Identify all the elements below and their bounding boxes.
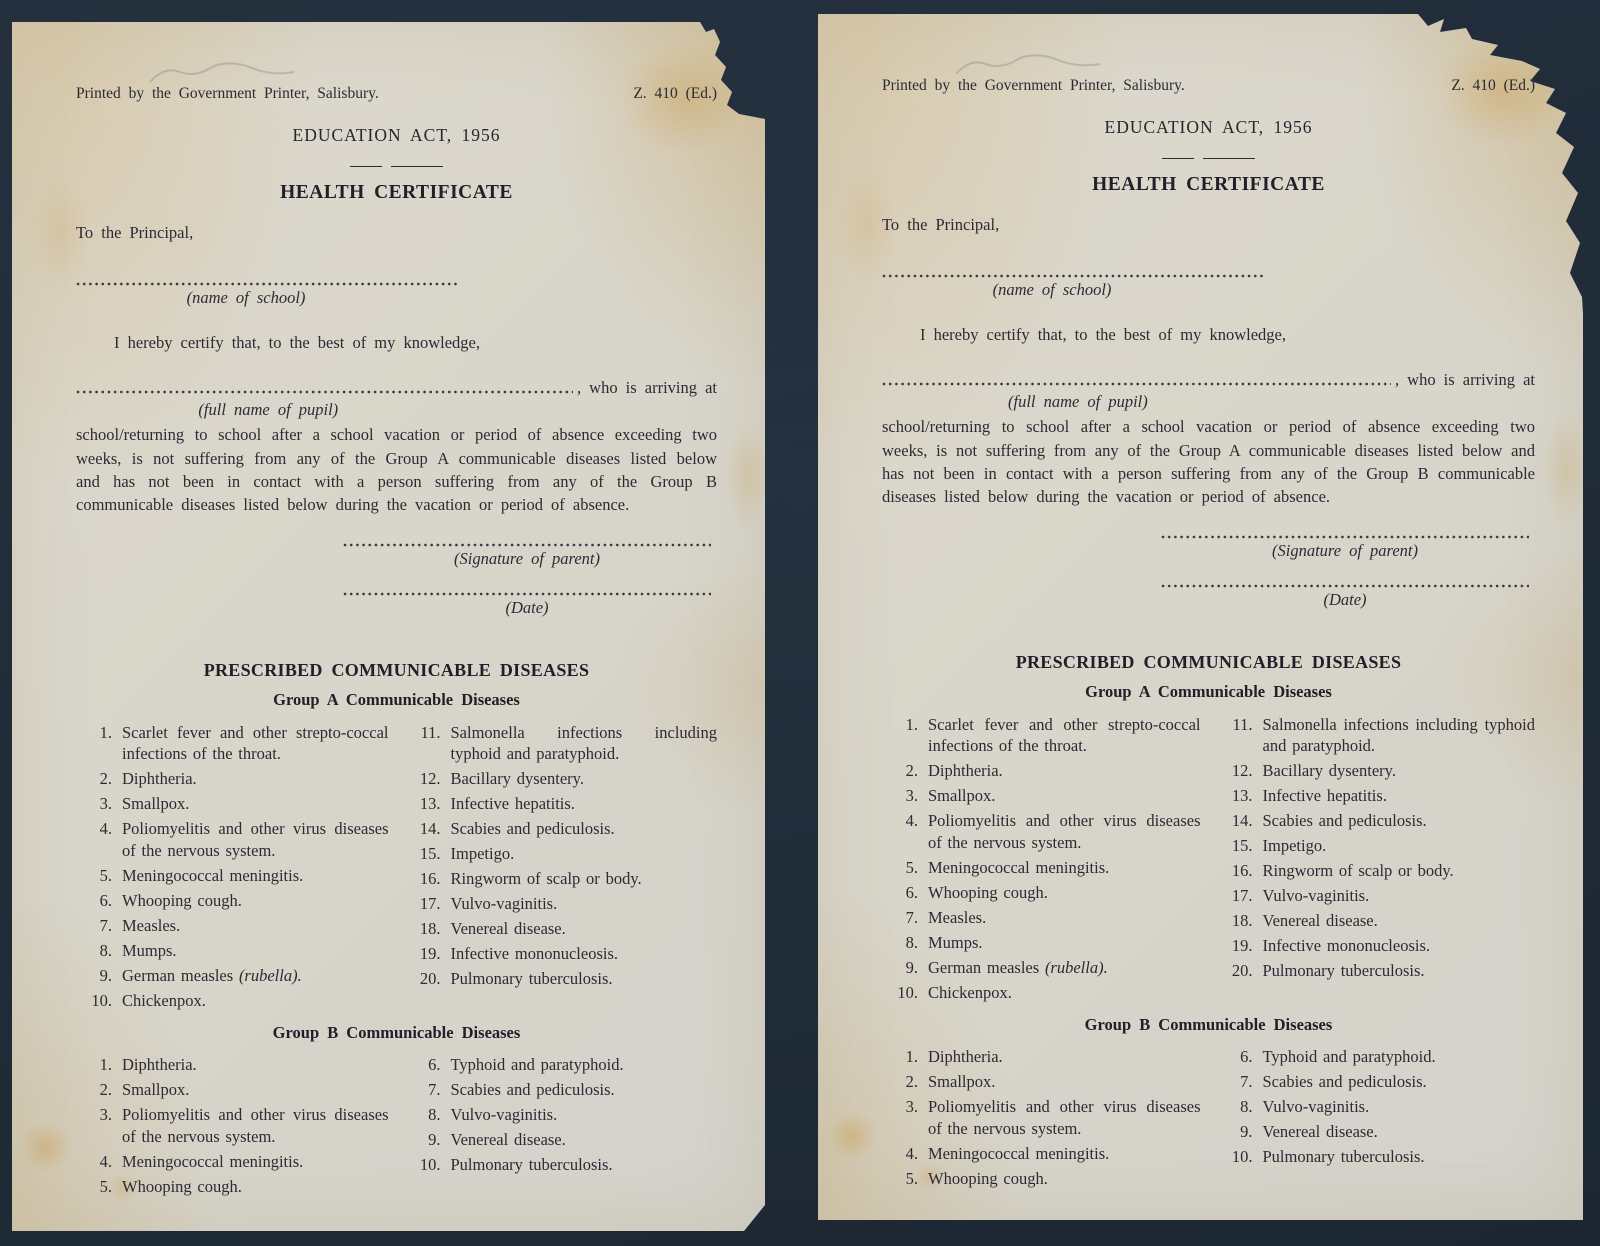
disease-number: 14. <box>405 818 451 840</box>
disease-name: Vulvo-vaginitis. <box>1263 1096 1536 1118</box>
disease-name: Vulvo-vaginitis. <box>451 893 718 915</box>
group-b-left-column: 1.Diphtheria.2.Smallpox.3.Poliomyelitis … <box>76 1054 389 1201</box>
disease-number: 10. <box>1217 1146 1263 1168</box>
disease-name: Salmonella infections including typhoid … <box>451 722 718 766</box>
disease-item: 17.Vulvo-vaginitis. <box>405 893 718 915</box>
disease-number: 2. <box>76 768 122 790</box>
disease-item: 18.Venereal disease. <box>1217 910 1536 932</box>
disease-item: 4.Poliomyelitis and other virus diseases… <box>76 818 389 862</box>
disease-number: 3. <box>882 1096 928 1140</box>
disease-number: 19. <box>1217 935 1263 957</box>
pupil-name-field <box>76 390 573 394</box>
pupil-caption: (full name of pupil) <box>882 391 1274 412</box>
disease-name: Pulmonary tuberculosis. <box>1263 960 1536 982</box>
disease-number: 8. <box>1217 1096 1263 1118</box>
top-imprint-row: Printed by the Government Printer, Salis… <box>882 76 1535 96</box>
disease-item: 10.Pulmonary tuberculosis. <box>405 1154 718 1176</box>
disease-number: 14. <box>1217 810 1263 832</box>
top-imprint-row: Printed by the Government Printer, Salis… <box>76 84 717 104</box>
disease-number: 9. <box>1217 1121 1263 1143</box>
disease-number: 6. <box>882 882 928 904</box>
disease-name: Mumps. <box>928 932 1201 954</box>
disease-item: 6.Whooping cough. <box>76 890 389 912</box>
disease-name: Bacillary dysentery. <box>1263 760 1536 782</box>
disease-item: 13.Infective hepatitis. <box>1217 785 1536 807</box>
group-b-columns: 1.Diphtheria.2.Smallpox.3.Poliomyelitis … <box>76 1054 717 1201</box>
disease-item: 1.Diphtheria. <box>882 1046 1201 1068</box>
pupil-name-field <box>882 382 1391 386</box>
disease-name: Venereal disease. <box>451 1129 718 1151</box>
disease-name: German measles (rubella). <box>928 957 1201 979</box>
disease-number: 15. <box>1217 835 1263 857</box>
disease-item: 3.Poliomyelitis and other virus diseases… <box>882 1096 1201 1140</box>
disease-number: 5. <box>76 1176 122 1198</box>
document-title: HEALTH CERTIFICATE <box>882 172 1535 197</box>
disease-name: Pulmonary tuberculosis. <box>451 1154 718 1176</box>
disease-number: 15. <box>405 843 451 865</box>
disease-number: 7. <box>882 907 928 929</box>
disease-item: 4.Meningococcal meningitis. <box>76 1151 389 1173</box>
disease-number: 5. <box>76 865 122 887</box>
disease-name: Chickenpox. <box>928 982 1201 1004</box>
form-code: Z. 410 (Ed.) <box>1451 76 1535 96</box>
divider-rule <box>882 158 1535 159</box>
group-a-left-column: 1.Scarlet fever and other strepto-coccal… <box>882 714 1201 1007</box>
disease-number: 12. <box>405 768 451 790</box>
disease-item: 1.Scarlet fever and other strepto-coccal… <box>76 722 389 766</box>
disease-item: 4.Meningococcal meningitis. <box>882 1143 1201 1165</box>
disease-item: 20.Pulmonary tuberculosis. <box>405 968 718 990</box>
disease-number: 8. <box>882 932 928 954</box>
disease-number: 16. <box>1217 860 1263 882</box>
disease-number: 13. <box>405 793 451 815</box>
date-block: (Date) <box>343 592 711 618</box>
disease-name: Scarlet fever and other strepto-coccal i… <box>928 714 1201 758</box>
date-field <box>343 592 711 596</box>
disease-name: Infective mononucleosis. <box>451 943 718 965</box>
disease-name: Poliomyelitis and other virus diseases o… <box>122 818 389 862</box>
disease-item: 5.Whooping cough. <box>882 1168 1201 1190</box>
group-a-title: Group A Communicable Diseases <box>882 681 1535 702</box>
disease-name: German measles (rubella). <box>122 965 389 987</box>
disease-item: 2.Smallpox. <box>76 1079 389 1101</box>
disease-name: Measles. <box>928 907 1201 929</box>
disease-name: Whooping cough. <box>122 890 389 912</box>
disease-item: 19.Infective mononucleosis. <box>405 943 718 965</box>
printer-imprint: Printed by the Government Printer, Salis… <box>76 84 379 104</box>
disease-name: Meningococcal meningitis. <box>928 857 1201 879</box>
disease-number: 1. <box>882 1046 928 1068</box>
disease-number: 3. <box>76 793 122 815</box>
disease-item: 7.Scabies and pediculosis. <box>1217 1071 1536 1093</box>
disease-item: 1.Scarlet fever and other strepto-coccal… <box>882 714 1201 758</box>
disease-name: Mumps. <box>122 940 389 962</box>
certify-intro: I hereby certify that, to the best of my… <box>882 324 1535 345</box>
disease-name: Meningococcal meningitis. <box>122 865 389 887</box>
signature-caption: (Signature of parent) <box>1161 540 1529 561</box>
disease-item: 10.Chickenpox. <box>76 990 389 1012</box>
diseases-list-title: PRESCRIBED COMMUNICABLE DISEASES <box>76 659 717 682</box>
disease-item: 12.Bacillary dysentery. <box>1217 760 1536 782</box>
disease-number: 20. <box>1217 960 1263 982</box>
disease-name: Ringworm of scalp or body. <box>1263 860 1536 882</box>
disease-number: 11. <box>1217 714 1263 758</box>
document-title: HEALTH CERTIFICATE <box>76 180 717 205</box>
disease-item: 8.Mumps. <box>882 932 1201 954</box>
disease-number: 1. <box>76 722 122 766</box>
disease-number: 10. <box>405 1154 451 1176</box>
school-caption: (name of school) <box>882 279 1222 300</box>
pupil-caption: (full name of pupil) <box>76 399 461 420</box>
disease-item: 20.Pulmonary tuberculosis. <box>1217 960 1536 982</box>
disease-item: 17.Vulvo-vaginitis. <box>1217 885 1536 907</box>
disease-item: 2.Diphtheria. <box>76 768 389 790</box>
disease-name: Smallpox. <box>122 1079 389 1101</box>
school-name-block: (name of school) <box>76 282 460 308</box>
signature-field <box>343 543 711 547</box>
disease-name: Poliomyelitis and other virus diseases o… <box>928 810 1201 854</box>
disease-name: Smallpox. <box>928 785 1201 807</box>
disease-item: 15.Impetigo. <box>1217 835 1536 857</box>
group-b-right-column: 6.Typhoid and paratyphoid.7.Scabies and … <box>389 1054 718 1201</box>
act-heading: EDUCATION ACT, 1956 <box>76 124 717 147</box>
disease-number: 2. <box>882 1071 928 1093</box>
disease-item: 2.Smallpox. <box>882 1071 1201 1093</box>
disease-item: 9.German measles (rubella). <box>76 965 389 987</box>
pupil-name-row: , who is arriving at <box>882 369 1535 390</box>
disease-name: Smallpox. <box>928 1071 1201 1093</box>
disease-number: 8. <box>405 1104 451 1126</box>
disease-name: Whooping cough. <box>928 882 1201 904</box>
signature-block: (Signature of parent) <box>343 543 711 569</box>
disease-name: Typhoid and paratyphoid. <box>451 1054 718 1076</box>
disease-name: Scabies and pediculosis. <box>1263 810 1536 832</box>
disease-number: 9. <box>882 957 928 979</box>
disease-number: 18. <box>405 918 451 940</box>
disease-item: 6.Typhoid and paratyphoid. <box>405 1054 718 1076</box>
disease-name: Diphtheria. <box>928 760 1201 782</box>
divider-rule <box>76 166 717 167</box>
group-a-right-column: 11.Salmonella infections including typho… <box>1201 714 1536 1007</box>
disease-number: 3. <box>76 1104 122 1148</box>
disease-number: 8. <box>76 940 122 962</box>
disease-item: 14.Scabies and pediculosis. <box>1217 810 1536 832</box>
disease-number: 10. <box>76 990 122 1012</box>
disease-name: Infective hepatitis. <box>451 793 718 815</box>
disease-name: Vulvo-vaginitis. <box>1263 885 1536 907</box>
disease-name: Poliomyelitis and other virus diseases o… <box>928 1096 1201 1140</box>
disease-number: 20. <box>405 968 451 990</box>
school-name-block: (name of school) <box>882 274 1266 300</box>
date-block: (Date) <box>1161 584 1529 610</box>
disease-item: 6.Typhoid and paratyphoid. <box>1217 1046 1536 1068</box>
disease-number: 12. <box>1217 760 1263 782</box>
disease-name: Scabies and pediculosis. <box>451 1079 718 1101</box>
disease-name: Impetigo. <box>451 843 718 865</box>
disease-item: 7.Measles. <box>882 907 1201 929</box>
disease-item: 15.Impetigo. <box>405 843 718 865</box>
disease-item: 8.Vulvo-vaginitis. <box>405 1104 718 1126</box>
disease-name: Venereal disease. <box>451 918 718 940</box>
health-certificate-page-2: Printed by the Government Printer, Salis… <box>818 14 1583 1220</box>
disease-number: 2. <box>882 760 928 782</box>
salutation: To the Principal, <box>76 222 717 243</box>
disease-item: 16.Ringworm of scalp or body. <box>1217 860 1536 882</box>
arrival-suffix: , who is arriving at <box>573 377 717 398</box>
disease-item: 9.German measles (rubella). <box>882 957 1201 979</box>
disease-number: 1. <box>76 1054 122 1076</box>
group-b-title: Group B Communicable Diseases <box>882 1014 1535 1035</box>
disease-name: Pulmonary tuberculosis. <box>1263 1146 1536 1168</box>
disease-name: Scabies and pediculosis. <box>1263 1071 1536 1093</box>
disease-item: 13.Infective hepatitis. <box>405 793 718 815</box>
disease-item: 2.Diphtheria. <box>882 760 1201 782</box>
disease-item: 12.Bacillary dysentery. <box>405 768 718 790</box>
disease-name: Smallpox. <box>122 793 389 815</box>
disease-number: 6. <box>76 890 122 912</box>
disease-name: Infective mononucleosis. <box>1263 935 1536 957</box>
disease-item: 19.Infective mononucleosis. <box>1217 935 1536 957</box>
certificate-body: school/returning to school after a schoo… <box>76 423 717 515</box>
disease-number: 10. <box>882 982 928 1004</box>
disease-item: 1.Diphtheria. <box>76 1054 389 1076</box>
disease-number: 16. <box>405 868 451 890</box>
disease-number: 7. <box>76 915 122 937</box>
school-name-field <box>76 282 460 286</box>
group-a-columns: 1.Scarlet fever and other strepto-coccal… <box>882 714 1535 1007</box>
disease-name: Measles. <box>122 915 389 937</box>
group-a-columns: 1.Scarlet fever and other strepto-coccal… <box>76 722 717 1015</box>
school-name-field <box>882 274 1266 278</box>
date-field <box>1161 584 1529 588</box>
disease-name: Ringworm of scalp or body. <box>451 868 718 890</box>
salutation: To the Principal, <box>882 214 1535 235</box>
disease-item: 8.Vulvo-vaginitis. <box>1217 1096 1536 1118</box>
disease-item: 5.Meningococcal meningitis. <box>882 857 1201 879</box>
arrival-suffix: , who is arriving at <box>1391 369 1535 390</box>
group-b-right-column: 6.Typhoid and paratyphoid.7.Scabies and … <box>1201 1046 1536 1193</box>
disease-name: Venereal disease. <box>1263 910 1536 932</box>
school-caption: (name of school) <box>76 287 416 308</box>
disease-number: 6. <box>405 1054 451 1076</box>
disease-item: 10.Pulmonary tuberculosis. <box>1217 1146 1536 1168</box>
disease-name: Impetigo. <box>1263 835 1536 857</box>
pupil-name-row: , who is arriving at <box>76 377 717 398</box>
disease-number: 18. <box>1217 910 1263 932</box>
act-heading: EDUCATION ACT, 1956 <box>882 116 1535 139</box>
disease-item: 6.Whooping cough. <box>882 882 1201 904</box>
disease-item: 3.Poliomyelitis and other virus diseases… <box>76 1104 389 1148</box>
disease-name: Vulvo-vaginitis. <box>451 1104 718 1126</box>
disease-item: 11.Salmonella infections including typho… <box>1217 714 1536 758</box>
disease-number: 6. <box>1217 1046 1263 1068</box>
disease-item: 5.Whooping cough. <box>76 1176 389 1198</box>
disease-name: Infective hepatitis. <box>1263 785 1536 807</box>
certificate-body: school/returning to school after a schoo… <box>882 415 1535 507</box>
disease-name: Meningococcal meningitis. <box>928 1143 1201 1165</box>
disease-number: 17. <box>1217 885 1263 907</box>
disease-name: Scarlet fever and other strepto-coccal i… <box>122 722 389 766</box>
group-b-columns: 1.Diphtheria.2.Smallpox.3.Poliomyelitis … <box>882 1046 1535 1193</box>
disease-item: 10.Chickenpox. <box>882 982 1201 1004</box>
disease-number: 2. <box>76 1079 122 1101</box>
disease-name: Venereal disease. <box>1263 1121 1536 1143</box>
disease-name: Meningococcal meningitis. <box>122 1151 389 1173</box>
disease-number: 11. <box>405 722 451 766</box>
disease-item: 7.Measles. <box>76 915 389 937</box>
certificate-content: Printed by the Government Printer, Salis… <box>12 22 765 1231</box>
disease-name: Diphtheria. <box>928 1046 1201 1068</box>
disease-item: 3.Smallpox. <box>76 793 389 815</box>
disease-number: 3. <box>882 785 928 807</box>
disease-number: 17. <box>405 893 451 915</box>
disease-item: 16.Ringworm of scalp or body. <box>405 868 718 890</box>
group-a-title: Group A Communicable Diseases <box>76 689 717 710</box>
disease-name: Bacillary dysentery. <box>451 768 718 790</box>
signature-block: (Signature of parent) <box>1161 535 1529 561</box>
group-a-left-column: 1.Scarlet fever and other strepto-coccal… <box>76 722 389 1015</box>
disease-name: Pulmonary tuberculosis. <box>451 968 718 990</box>
disease-number: 9. <box>76 965 122 987</box>
form-code: Z. 410 (Ed.) <box>633 84 717 104</box>
disease-number: 4. <box>76 818 122 862</box>
disease-item: 14.Scabies and pediculosis. <box>405 818 718 840</box>
printer-imprint: Printed by the Government Printer, Salis… <box>882 76 1185 96</box>
group-b-title: Group B Communicable Diseases <box>76 1022 717 1043</box>
signature-field <box>1161 535 1529 539</box>
disease-item: 8.Mumps. <box>76 940 389 962</box>
disease-item: 11.Salmonella infections including typho… <box>405 722 718 766</box>
certify-intro: I hereby certify that, to the best of my… <box>76 332 717 353</box>
disease-number: 4. <box>76 1151 122 1173</box>
signature-caption: (Signature of parent) <box>343 548 711 569</box>
group-a-right-column: 11.Salmonella infections including typho… <box>389 722 718 1015</box>
disease-name: Typhoid and paratyphoid. <box>1263 1046 1536 1068</box>
disease-number: 19. <box>405 943 451 965</box>
date-caption: (Date) <box>343 597 711 618</box>
disease-name: Scabies and pediculosis. <box>451 818 718 840</box>
disease-item: 4.Poliomyelitis and other virus diseases… <box>882 810 1201 854</box>
photograph-background: Printed by the Government Printer, Salis… <box>0 0 1600 1246</box>
disease-item: 3.Smallpox. <box>882 785 1201 807</box>
health-certificate-page-1: Printed by the Government Printer, Salis… <box>12 22 765 1231</box>
disease-item: 9.Venereal disease. <box>1217 1121 1536 1143</box>
disease-number: 4. <box>882 810 928 854</box>
disease-number: 1. <box>882 714 928 758</box>
disease-item: 5.Meningococcal meningitis. <box>76 865 389 887</box>
disease-item: 18.Venereal disease. <box>405 918 718 940</box>
disease-item: 7.Scabies and pediculosis. <box>405 1079 718 1101</box>
disease-number: 9. <box>405 1129 451 1151</box>
disease-name: Diphtheria. <box>122 1054 389 1076</box>
disease-name: Chickenpox. <box>122 990 389 1012</box>
disease-number: 4. <box>882 1143 928 1165</box>
disease-number: 5. <box>882 1168 928 1190</box>
disease-name: Whooping cough. <box>928 1168 1201 1190</box>
disease-name: Poliomyelitis and other virus diseases o… <box>122 1104 389 1148</box>
disease-number: 7. <box>405 1079 451 1101</box>
disease-name: Whooping cough. <box>122 1176 389 1198</box>
disease-number: 13. <box>1217 785 1263 807</box>
disease-number: 5. <box>882 857 928 879</box>
disease-item: 9.Venereal disease. <box>405 1129 718 1151</box>
date-caption: (Date) <box>1161 589 1529 610</box>
disease-number: 7. <box>1217 1071 1263 1093</box>
diseases-list-title: PRESCRIBED COMMUNICABLE DISEASES <box>882 651 1535 674</box>
certificate-content: Printed by the Government Printer, Salis… <box>818 14 1583 1220</box>
group-b-left-column: 1.Diphtheria.2.Smallpox.3.Poliomyelitis … <box>882 1046 1201 1193</box>
disease-name: Diphtheria. <box>122 768 389 790</box>
disease-name: Salmonella infections including typhoid … <box>1263 714 1536 758</box>
